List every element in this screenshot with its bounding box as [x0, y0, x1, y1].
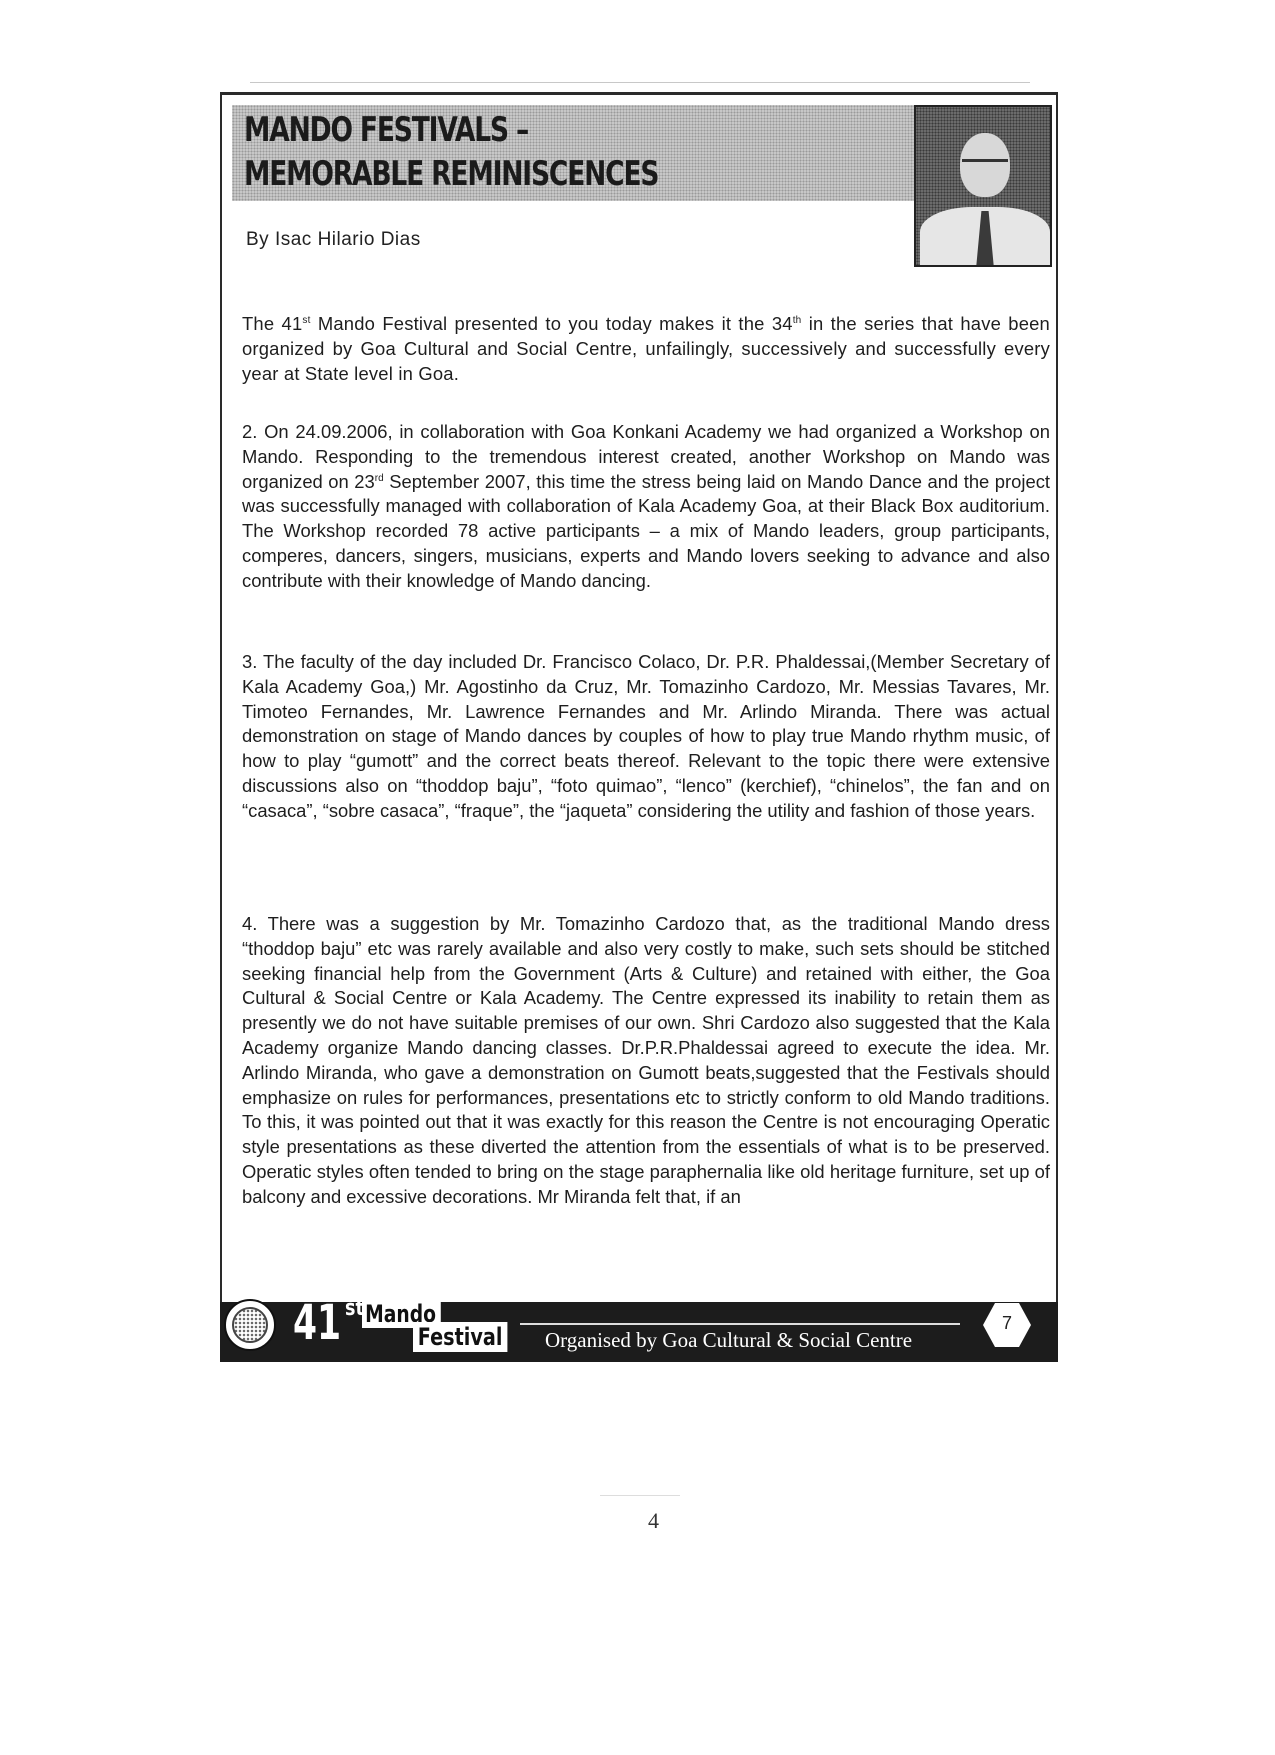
footer-organiser: Organised by Goa Cultural & Social Centr… [545, 1328, 912, 1352]
emblem-icon [224, 1299, 276, 1351]
footer-festival-number: 41 [293, 1296, 341, 1350]
article-title: Mando Festivals – Memorable Reminiscence… [244, 108, 658, 196]
paragraph-3: 3. The faculty of the day included Dr. F… [242, 650, 1050, 824]
footer-divider [520, 1323, 960, 1325]
scan-artifact-line [250, 82, 1030, 83]
paragraph-2: 2. On 24.09.2006, in collaboration with … [242, 420, 1050, 594]
paragraph-4: 4. There was a suggestion by Mr. Tomazin… [242, 912, 1050, 1210]
page-number-rule [600, 1495, 680, 1496]
paragraph-1: The 41st Mando Festival presented to you… [242, 312, 1050, 386]
title-line-2: Memorable Reminiscences [244, 154, 658, 194]
photo-glasses [962, 159, 1008, 172]
footer-festival-label: Festival [413, 1322, 507, 1352]
title-line-1: Mando Festivals – [244, 110, 528, 150]
p1-sup-st: st [302, 315, 310, 326]
p1-text-a: The 41 [242, 313, 302, 334]
p2-sup-rd: rd [375, 472, 384, 483]
author-byline: By Isac Hilario Dias [246, 229, 421, 251]
page-number: 4 [648, 1508, 659, 1534]
p1-text-b: Mando Festival presented to you today ma… [311, 313, 793, 334]
author-photo [914, 105, 1052, 267]
